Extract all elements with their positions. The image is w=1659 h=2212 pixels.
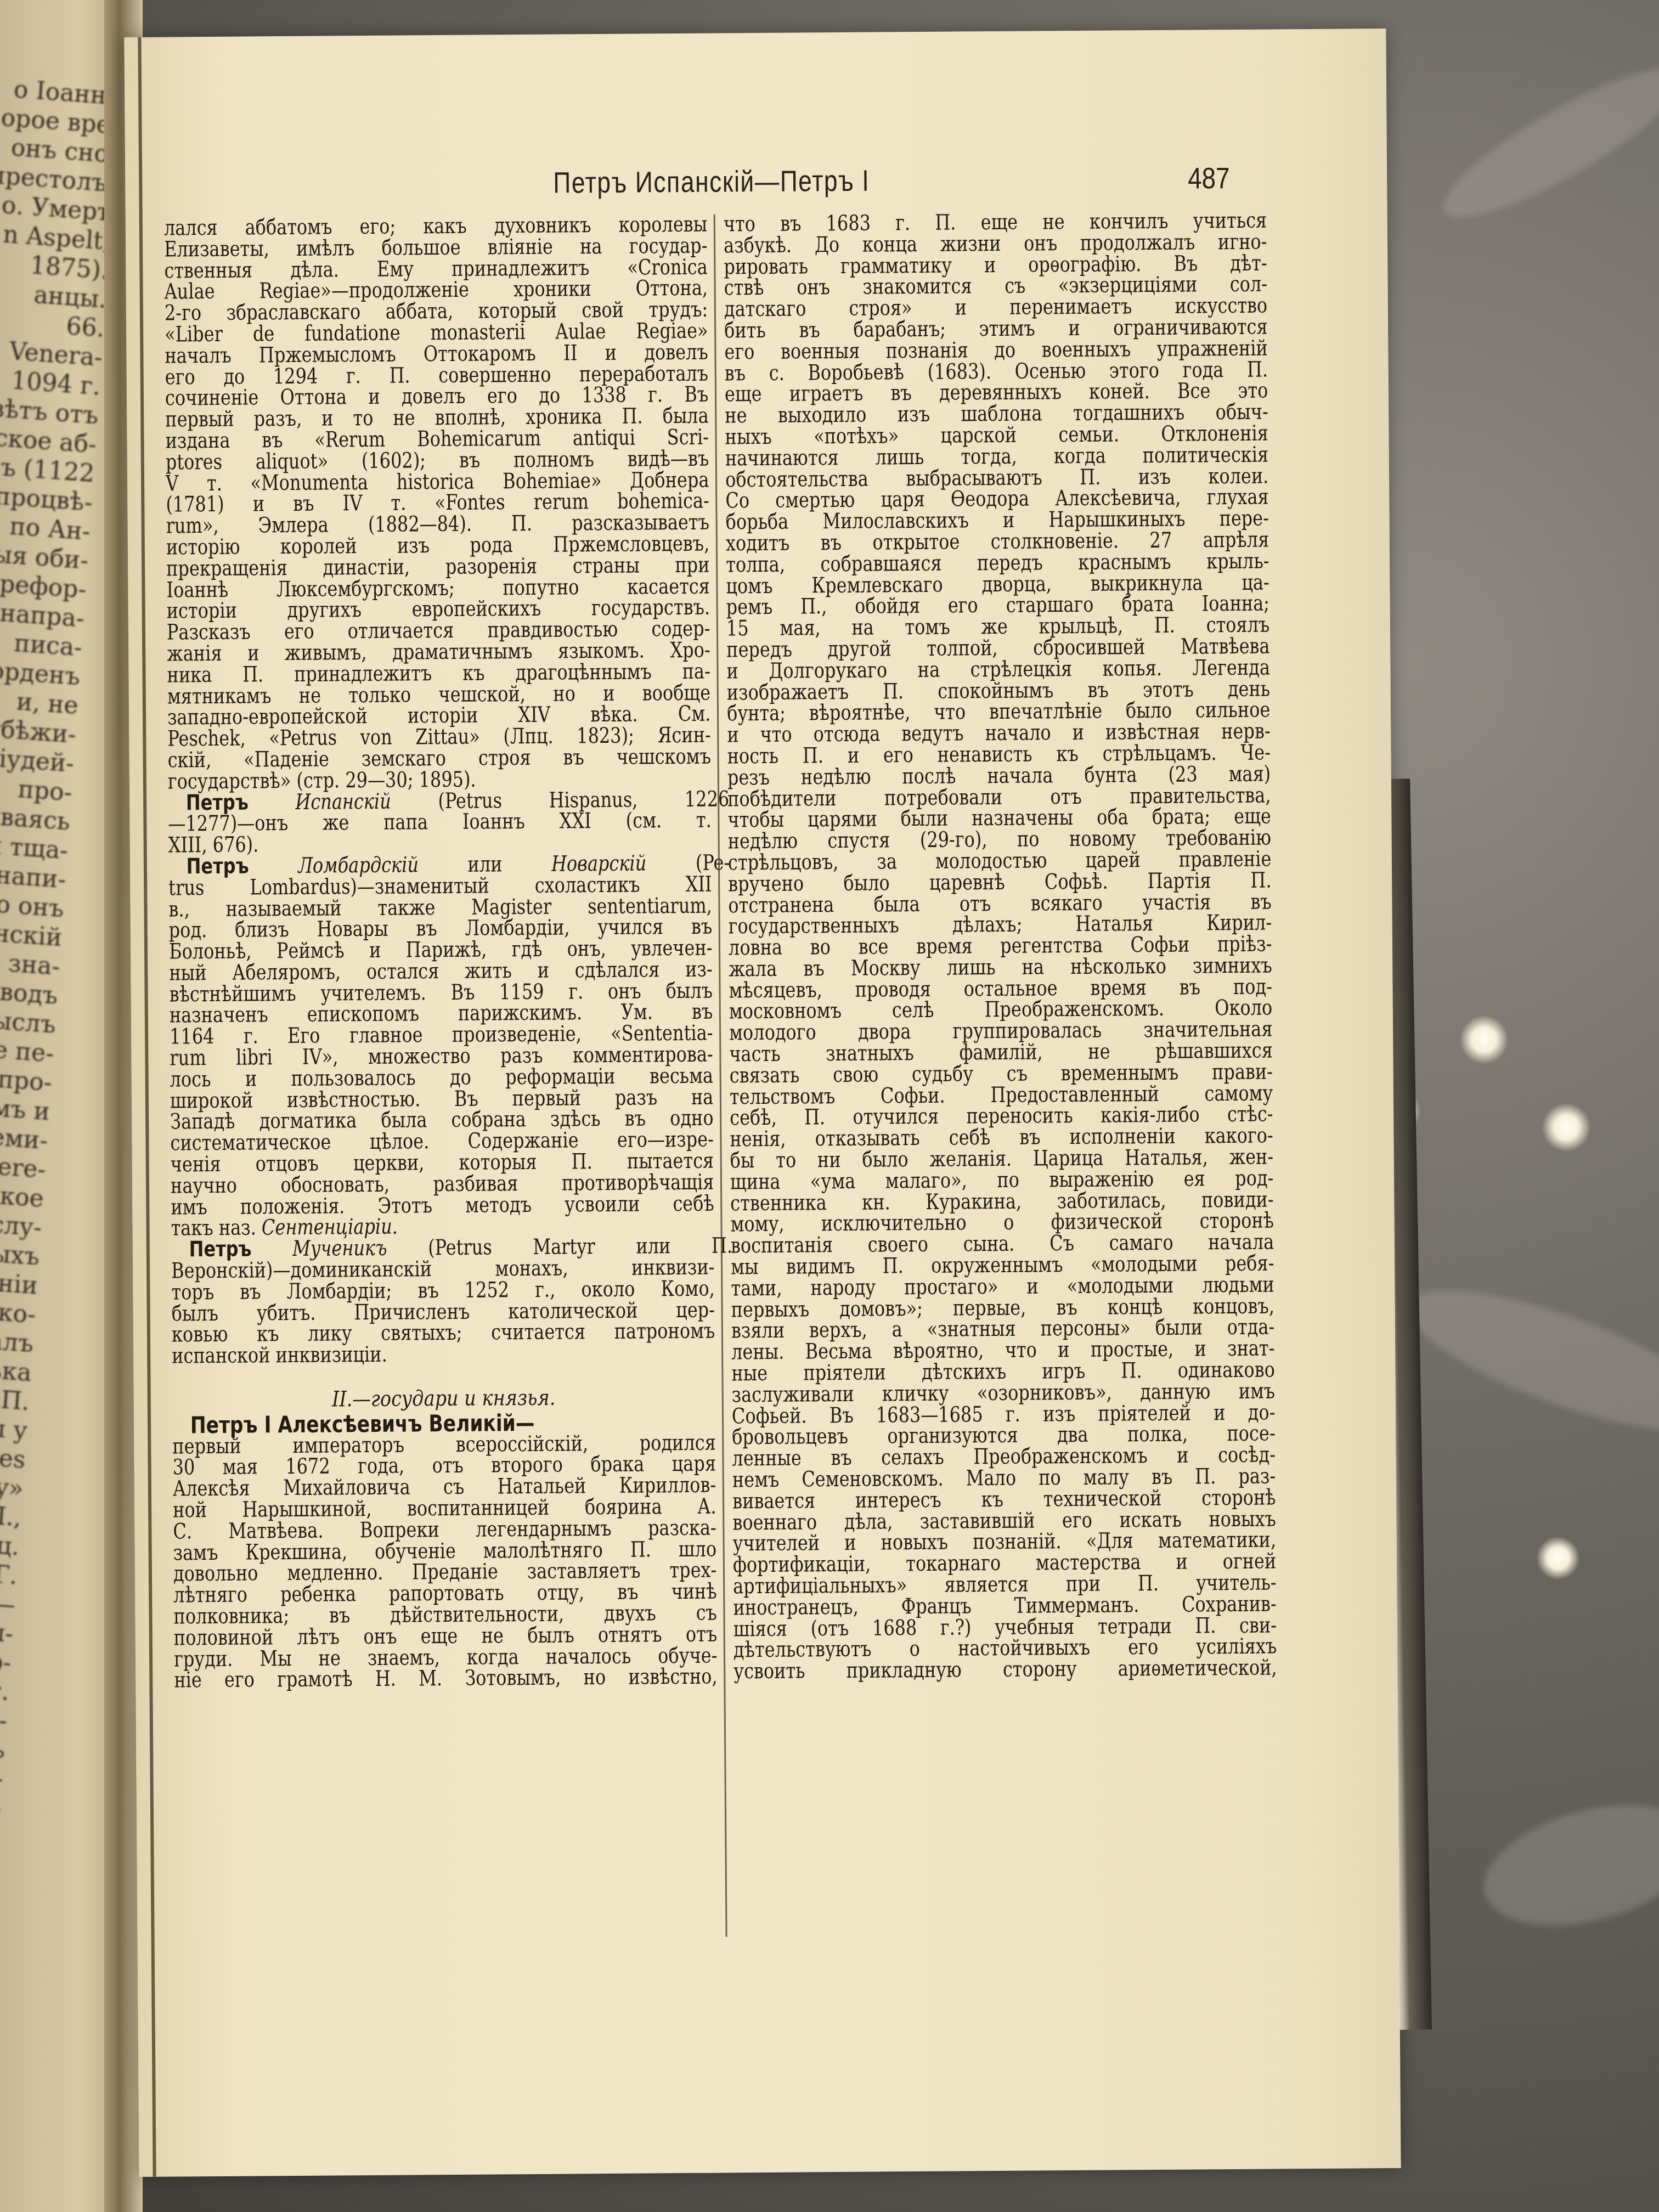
entry-peter-the-great: Петръ I Алексѣевичъ Великій— первый импе… (172, 1411, 717, 1691)
light-reflection-icon (1536, 1536, 1580, 1580)
book-page: Петръ Испанскій—Петръ I 487 лался аббато… (124, 29, 1401, 2177)
marble-vein (1471, 1784, 1659, 1947)
light-reflection-icon (1542, 1103, 1591, 1152)
entry-body: trus Lombardus)—знаменитый схоластикъ XI… (168, 874, 714, 1218)
marble-vein (1428, 46, 1659, 240)
text-line: испанской инквизиціи. (172, 1342, 715, 1368)
gutter-rule (138, 37, 156, 2177)
marble-vein (1394, 1263, 1659, 1458)
page-number: 487 (1188, 161, 1230, 196)
entry-petrus-lombardus: Петръ Ломбардскій или Новарскій (Pe- tru… (168, 853, 714, 1240)
section-title: II.—государи и князья. (210, 1387, 678, 1412)
right-column: что въ 1683 г. П. еще не кончилъ учиться… (724, 211, 1277, 1683)
entry-body: первый императоръ всероссійскій, родился… (172, 1432, 717, 1691)
entry-petrus-hispanus: Петръ Испанскій (Petrus Hispanus, 1226 —… (168, 789, 712, 856)
peter-the-great-continuation: что въ 1683 г. П. еще не кончилъ учиться… (724, 211, 1277, 1683)
entry-body: Веронскій)—доминиканскій монахъ, инквизи… (171, 1257, 715, 1368)
light-reflection-icon (1459, 1015, 1509, 1064)
entry-petrus-martyr: Петръ Мученикъ (Petrus Martyr или П. Вер… (171, 1236, 715, 1368)
text-line: ніе его грамотѣ Н. М. Зотовымъ, но извѣс… (174, 1667, 718, 1692)
running-title: Петръ Испанскій—Петръ I (553, 164, 870, 200)
petrus-zittau-continuation: лался аббатомъ его; какъ духовникъ корол… (164, 215, 711, 793)
facing-page-text: о Іоаннаорое вре-онъ сно-престолъ,о. Уме… (0, 73, 122, 2084)
left-column: лался аббатомъ его; какъ духовникъ корол… (164, 215, 718, 1692)
text-line: усвоить прикладную сторону ариѳметическо… (733, 1658, 1277, 1683)
